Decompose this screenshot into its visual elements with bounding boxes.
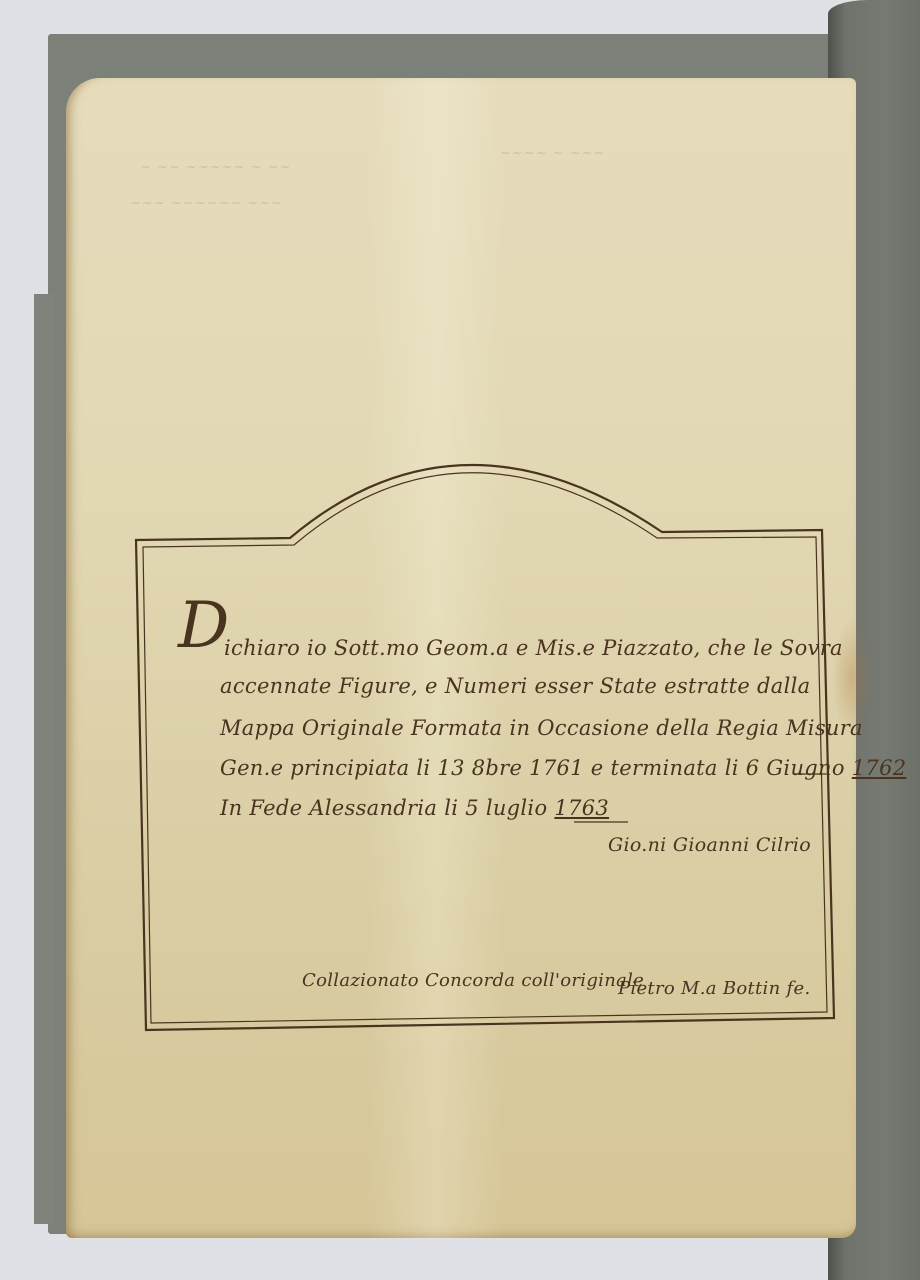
decorated-initial: D xyxy=(178,594,229,658)
declaration-line-3: Mappa Originale Formata in Occasione del… xyxy=(220,716,863,740)
declaration-line-4-text: Gen.e principiata li 13 8bre 1761 e term… xyxy=(220,756,852,780)
collation-note: Collazionato Concorda coll'originale xyxy=(302,970,644,991)
declarant-signature: Gio.ni Gioanni Cilrio xyxy=(608,834,811,856)
declaration-line-4: Gen.e principiata li 13 8bre 1761 e term… xyxy=(220,756,906,780)
date-year: 1763 xyxy=(554,796,609,820)
end-year: 1762 xyxy=(852,756,907,780)
collator-signature: Pietro M.a Bottin fe. xyxy=(618,978,810,999)
declaration-line-5-text: In Fede Alessandria li 5 luglio xyxy=(220,796,554,820)
declaration-line-1: ichiaro io Sott.mo Geom.a e Mis.e Piazza… xyxy=(224,636,843,660)
declaration-line-5: In Fede Alessandria li 5 luglio 1763 xyxy=(220,796,609,820)
declaration-line-2: accennate Figure, e Numeri esser State e… xyxy=(220,674,810,698)
